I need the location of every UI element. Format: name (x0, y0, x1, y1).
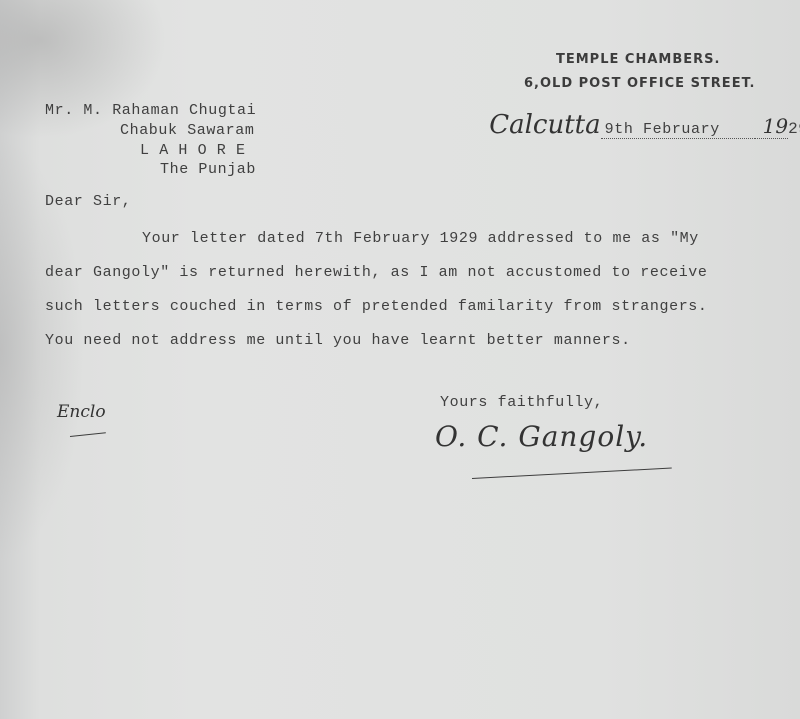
dateline-city: Calcutta (489, 110, 600, 140)
recipient-name: Mr. M. Rahaman Chugtai (45, 102, 256, 119)
dateline-day-month: 9th February (601, 121, 755, 139)
dateline: Calcutta9th February1929 (470, 92, 800, 140)
enclosure-note: Enclo (57, 402, 106, 422)
dateline-year-suffix: 29 (788, 120, 800, 138)
body-line-4: You need not address me until you have l… (45, 332, 631, 349)
recipient-city: L A H O R E (140, 142, 246, 159)
body-line-3: such letters couched in terms of pretend… (45, 298, 708, 315)
recipient-region: The Punjab (160, 161, 256, 178)
closing: Yours faithfully, (440, 394, 603, 411)
dateline-year-prefix: 19 (755, 114, 788, 139)
signature-underline (472, 468, 672, 479)
enclosure-underline (70, 432, 106, 437)
letterhead-line-1: TEMPLE CHAMBERS. (556, 52, 720, 67)
signature: O. C. Gangoly. (435, 420, 648, 453)
body-line-1: Your letter dated 7th February 1929 addr… (142, 230, 699, 247)
salutation: Dear Sir, (45, 193, 131, 210)
letterhead-line-2: 6,OLD POST OFFICE STREET. (524, 76, 755, 91)
recipient-street: Chabuk Sawaram (120, 122, 254, 139)
body-line-2: dear Gangoly" is returned herewith, as I… (45, 264, 708, 281)
